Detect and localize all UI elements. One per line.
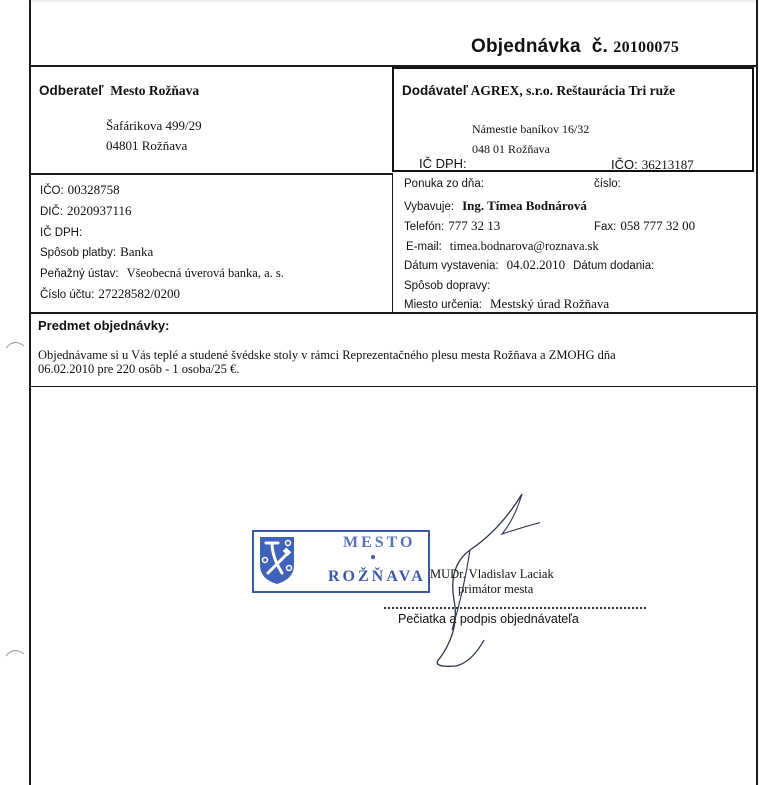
order-number: 20100075 — [613, 39, 679, 56]
supplier-street: Námestie baníkov 16/32 — [472, 122, 589, 137]
delivery-date-label: Dátum dodania: — [573, 260, 654, 272]
issue-date-row: Dátum vystavenia: 04.02.2010 Dátum dodan… — [404, 256, 654, 274]
punch-hole-mark — [4, 646, 26, 658]
customer-dic-value: 2020937116 — [67, 203, 132, 218]
fax-value: 058 777 32 00 — [620, 218, 695, 233]
payment-label: Spôsob platby: — [40, 247, 116, 259]
destination-label: Miesto určenia: — [404, 299, 482, 311]
offer-date-label: Ponuka zo dňa: — [404, 178, 484, 190]
title-no-prefix: č. — [592, 36, 608, 57]
phone-label: Telefón: — [404, 221, 444, 233]
customer-bank-row: Peňažný ústav: Všeobecná úverová banka, … — [40, 264, 284, 282]
phone-value: 777 32 13 — [448, 218, 500, 233]
document-title: Objednávka č. 20100075 — [471, 36, 679, 58]
handled-by-label: Vybavuje: — [404, 201, 454, 213]
supplier-ico-value: 36213187 — [642, 157, 694, 172]
page-top-edge — [31, 0, 756, 3]
punch-hole-mark — [4, 338, 26, 350]
signature-caption: Pečiatka a podpis objednávateľa — [398, 612, 579, 626]
signature-line — [384, 607, 646, 609]
bank-value: Všeobecná úverová banka, a. s. — [127, 266, 284, 280]
customer-name: Mesto Rožňava — [110, 83, 199, 98]
details-divider — [30, 312, 757, 314]
fax-row: Fax: 058 777 32 00 — [594, 217, 695, 235]
supplier-heading: Dodávateľ AGREX, s.r.o. Reštaurácia Tri … — [402, 83, 675, 99]
subject-heading: Predmet objednávky: — [38, 318, 170, 333]
issue-date-value: 04.02.2010 — [507, 257, 566, 272]
customer-payment-row: Spôsob platby: Banka — [40, 243, 153, 261]
phone-row: Telefón: 777 32 13 — [404, 217, 500, 235]
customer-heading: Odberateľ Mesto Rožňava — [39, 83, 199, 99]
supplier-ico-label: IČO: — [611, 157, 638, 172]
offer-number-label: číslo: — [594, 178, 621, 190]
transport-row: Spôsob dopravy: — [404, 276, 490, 294]
stamp-text-bottom: ROŽŇAVA — [328, 568, 426, 586]
stamp-text-top: MESTO — [343, 534, 416, 552]
issue-date-label: Dátum vystavenia: — [404, 260, 499, 272]
customer-divider — [30, 173, 392, 175]
supplier-city: 048 01 Rožňava — [472, 142, 550, 157]
supplier-label: Dodávateľ — [402, 83, 468, 98]
coat-of-arms-icon — [258, 535, 296, 585]
fax-label: Fax: — [594, 221, 616, 233]
subject-line-2: 06.02.2010 pre 220 osôb - 1 osoba/25 €. — [38, 362, 239, 377]
account-value: 27228582/0200 — [98, 286, 180, 301]
customer-icdph-row: IČ DPH: — [40, 223, 82, 241]
customer-city: 04801 Rožňava — [106, 138, 187, 154]
supplier-icdph-label: IČ DPH: — [419, 156, 467, 171]
customer-ico-value: 00328758 — [68, 182, 120, 197]
email-label: E-mail: — [406, 241, 442, 253]
frame-right-border — [756, 0, 758, 785]
signer-name: MUDr. Vladislav Laciak — [430, 567, 554, 582]
customer-icdph-label: IČ DPH: — [40, 227, 82, 239]
title-label: Objednávka — [471, 36, 581, 57]
subject-line-1: Objednávame si u Vás teplé a studené švé… — [38, 348, 616, 363]
customer-dic-row: DIČ: 2020937116 — [40, 202, 132, 220]
handled-by-value: Ing. Tímea Bodnárová — [462, 198, 587, 213]
customer-ico-label: IČO: — [40, 185, 64, 197]
email-row: E-mail: timea.bodnarova@roznava.sk — [406, 237, 599, 255]
customer-account-row: Číslo účtu: 27228582/0200 — [40, 285, 180, 303]
email-value[interactable]: timea.bodnarova@roznava.sk — [450, 239, 599, 253]
supplier-name: AGREX, s.r.o. Reštaurácia Tri ruže — [471, 83, 675, 98]
account-label: Číslo účtu: — [40, 289, 94, 301]
frame-left-border — [29, 0, 31, 785]
signer-title: primátor mesta — [458, 582, 533, 597]
customer-ico-row: IČO: 00328758 — [40, 181, 120, 199]
supplier-ico: IČO: 36213187 — [611, 156, 694, 174]
customer-label: Odberateľ — [39, 83, 103, 98]
payment-value: Banka — [120, 244, 153, 259]
handled-by-row: Vybavuje: Ing. Tímea Bodnárová — [404, 197, 587, 215]
supplier-icdph: IČ DPH: — [419, 156, 467, 171]
bank-label: Peňažný ústav: — [40, 268, 119, 280]
destination-row: Miesto určenia: Mestský úrad Rožňava — [404, 295, 609, 313]
customer-street: Šafárikova 499/29 — [106, 118, 202, 134]
details-column-divider — [392, 173, 393, 313]
stamp-dot — [371, 555, 375, 559]
subject-divider — [30, 386, 757, 387]
customer-dic-label: DIČ: — [40, 206, 63, 218]
destination-value: Mestský úrad Rožňava — [490, 296, 609, 311]
transport-label: Spôsob dopravy: — [404, 280, 490, 292]
